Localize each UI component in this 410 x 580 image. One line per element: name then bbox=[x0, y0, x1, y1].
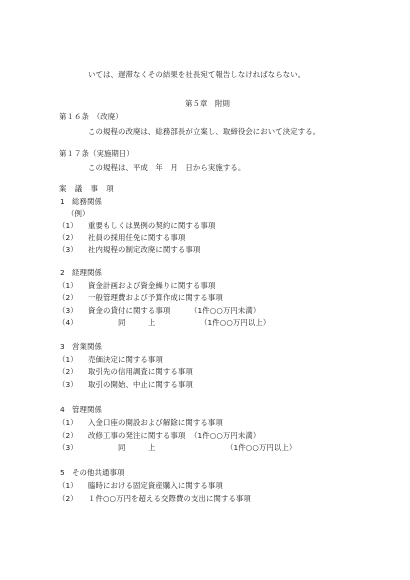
article-17-body: この規程は、平成 年 月 日から実施する。 bbox=[88, 163, 245, 173]
article-16-heading: 第１６条 （改廃） bbox=[59, 112, 123, 122]
section-number: 4 bbox=[60, 405, 65, 415]
section-title: 営業関係 bbox=[72, 342, 102, 352]
item-text: 社内規程の制定改廃に関する事項 bbox=[88, 245, 200, 255]
item-text: 社員の採用任免に関する事項 bbox=[88, 233, 185, 243]
item-number: （1） bbox=[58, 281, 78, 291]
section-number: 3 bbox=[60, 342, 65, 352]
article-16-body: この規程の改廃は、総務部長が立案し、取締役会において決定する。 bbox=[88, 127, 320, 137]
item-text: 資金計画および資金繰りに関する事項 bbox=[88, 281, 215, 291]
item-text: 資金の貸付に関する事項 bbox=[88, 306, 170, 316]
item-number: （1） bbox=[58, 221, 78, 231]
item-text: 売価決定に関する事項 bbox=[88, 355, 163, 365]
chapter-title: 第５章 附則 bbox=[185, 99, 230, 109]
item-number: （2） bbox=[58, 494, 78, 504]
item-number: （2） bbox=[58, 293, 78, 303]
item-text: 取引先の信用調査に関する事項 bbox=[88, 367, 193, 377]
item-text: １件○○万円を超える交際費の支出に関する事項 bbox=[88, 494, 251, 504]
item-number: （1） bbox=[58, 481, 78, 491]
item-text: 入金口座の開設および解除に関する事項 bbox=[88, 418, 223, 428]
item-amount: （1件○○万円未満） bbox=[190, 306, 260, 316]
item-text: 取引の開始、中止に関する事項 bbox=[88, 380, 193, 390]
item-amount: （1件○○万円以上） bbox=[200, 318, 270, 328]
item-amount: （1件○○万円未満） bbox=[190, 431, 260, 441]
item-text: 改修工事の発注に関する事項 bbox=[88, 431, 185, 441]
section-note: （例） bbox=[67, 209, 89, 219]
appendix-title: 案 議 事 項 bbox=[59, 184, 117, 194]
section-title: 総務関係 bbox=[72, 197, 102, 207]
item-text: 重要もしくは異例の契約に関する事項 bbox=[88, 221, 215, 231]
item-number: （3） bbox=[58, 380, 78, 390]
item-number: （2） bbox=[58, 367, 78, 377]
item-number: （4） bbox=[58, 318, 78, 328]
item-number: （1） bbox=[58, 418, 78, 428]
item-number: （3） bbox=[58, 443, 78, 453]
item-number: （1） bbox=[58, 355, 78, 365]
section-number: 2 bbox=[60, 268, 65, 278]
item-text: 一般管理費および予算作成に関する事項 bbox=[88, 293, 223, 303]
continuation-text: いては、遅滞なくその結果を社長宛て報告しなければならない。 bbox=[88, 70, 305, 80]
section-number: 1 bbox=[60, 197, 65, 207]
section-title: その他共通事項 bbox=[72, 468, 124, 478]
item-number: （3） bbox=[58, 306, 78, 316]
item-number: （2） bbox=[58, 233, 78, 243]
item-text: 臨時における固定資産購入に関する事項 bbox=[88, 481, 223, 491]
section-number: 5 bbox=[60, 468, 65, 478]
section-title: 管理関係 bbox=[72, 405, 102, 415]
article-17-heading: 第１７条（実施期日） bbox=[59, 149, 134, 159]
section-title: 経理関係 bbox=[72, 268, 102, 278]
item-amount: （1件○○万円以上） bbox=[226, 443, 296, 453]
item-number: （2） bbox=[58, 431, 78, 441]
item-text: 同 上 bbox=[118, 443, 155, 453]
item-text: 同 上 bbox=[118, 318, 155, 328]
item-number: （3） bbox=[58, 245, 78, 255]
